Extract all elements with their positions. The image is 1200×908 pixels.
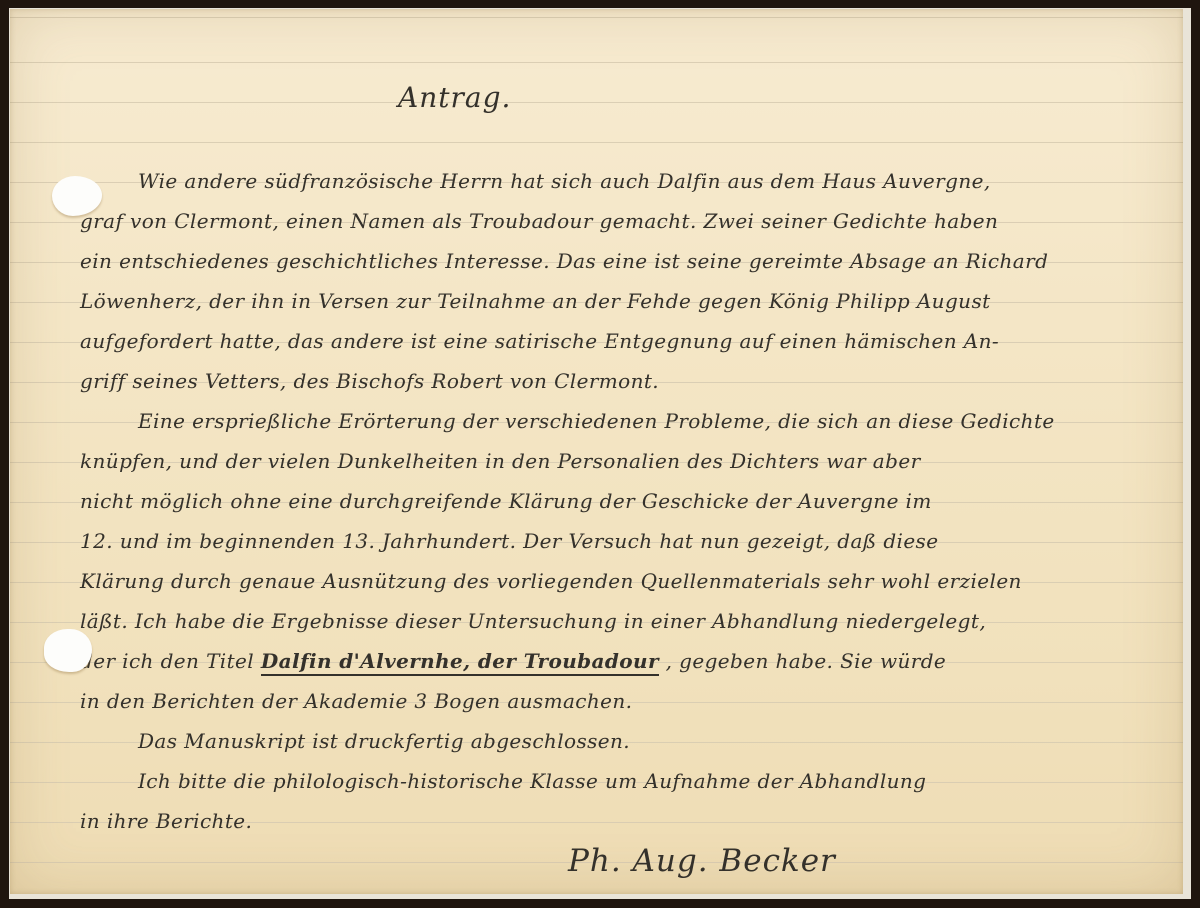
letter-line-with-title: der ich den Titel Dalfin d'Alvernhe, der… — [80, 641, 1113, 681]
hole-punch-bottom — [44, 629, 92, 672]
letter-line: Löwenherz, der ihn in Versen zur Teilnah… — [80, 281, 1113, 321]
letter-line: ein entschiedenes geschichtliches Intere… — [80, 241, 1113, 281]
letter-line: graf von Clermont, einen Namen als Troub… — [80, 201, 1113, 241]
letter-line: knüpfen, und der vielen Dunkelheiten in … — [80, 441, 1113, 481]
signature: Ph. Aug. Becker — [568, 843, 836, 879]
letter-line: 12. und im beginnenden 13. Jahrhundert. … — [80, 521, 1113, 561]
letter-content: Antrag. Wie andere südfranzösische Herrn… — [80, 9, 1113, 879]
title-line-pre: der ich den Titel — [80, 649, 261, 673]
letter-line: griff seines Vetters, des Bischofs Rober… — [80, 361, 1113, 401]
letter-line: in den Berichten der Akademie 3 Bogen au… — [80, 681, 1113, 721]
letter-line: nicht möglich ohne eine durchgreifende K… — [80, 481, 1113, 521]
letter-line: Wie andere südfranzösische Herrn hat sic… — [80, 161, 1113, 201]
letter-line: Eine ersprießliche Erörterung der versch… — [80, 401, 1113, 441]
title-line-post: , gegeben habe. Sie würde — [659, 649, 946, 673]
letter-line: Das Manuskript ist druckfertig abgeschlo… — [80, 721, 1113, 761]
letter-paper: Antrag. Wie andere südfranzösische Herrn… — [10, 9, 1183, 894]
letter-body: Wie andere südfranzösische Herrn hat sic… — [80, 161, 1113, 841]
letter-line: in ihre Berichte. — [80, 801, 1113, 841]
underlined-work-title: Dalfin d'Alvernhe, der Troubadour — [261, 649, 659, 676]
letter-title: Antrag. — [398, 81, 1113, 114]
letter-line: läßt. Ich habe die Ergebnisse dieser Unt… — [80, 601, 1113, 641]
letter-line: Ich bitte die philologisch-historische K… — [80, 761, 1113, 801]
letter-line: aufgefordert hatte, das andere ist eine … — [80, 321, 1113, 361]
letter-line: Klärung durch genaue Ausnützung des vorl… — [80, 561, 1113, 601]
